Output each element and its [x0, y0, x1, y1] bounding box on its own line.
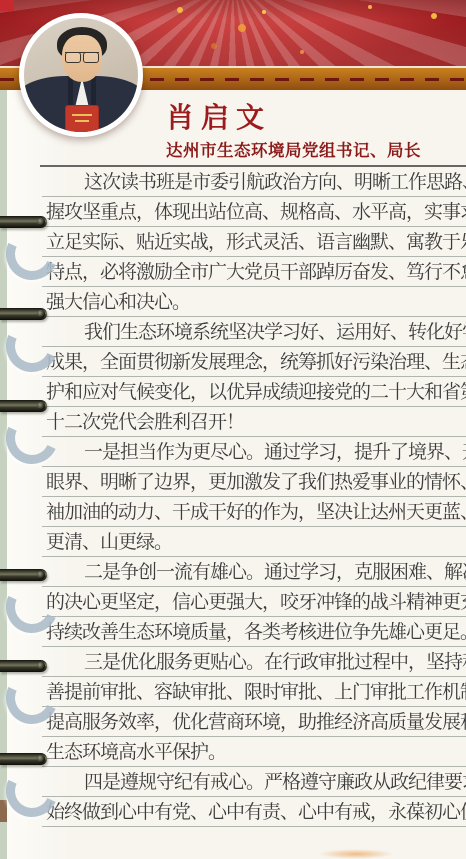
binder-ring — [0, 660, 52, 718]
portrait-photo — [19, 13, 143, 137]
handwritten-text-line: 强大信心和决心。 — [42, 287, 466, 317]
person-name: 肖启文 — [166, 96, 271, 136]
binder-ring-bar — [0, 308, 47, 320]
handwritten-text-line: 持续改善生态环境质量，各类考核进位争先雄心更足。 — [42, 617, 466, 647]
handwritten-text-line: 善提前审批、容缺审批、限时审批、上门审批工作机制， — [42, 677, 466, 707]
handwritten-text-line: 的决心更坚定，信心更强大，咬牙冲锋的战斗精神更充足， — [42, 587, 466, 617]
handwritten-text-line: 四是遵规守纪有戒心。严格遵守廉政从政纪律要求， — [42, 767, 466, 797]
binder-ring-bar — [0, 569, 47, 581]
binder-ring-bar — [0, 753, 47, 765]
corner-red-chip — [0, 0, 14, 11]
handwritten-text-line: 我们生态环境系统坚决学习好、运用好、转化好学习 — [42, 317, 466, 347]
binder-ring-bar — [0, 660, 47, 672]
handwritten-text-line: 握攻坚重点，体现出站位高、规格高、水平高，实事求是、 — [42, 197, 466, 227]
handwritten-text-line: 二是争创一流有雄心。通过学习，克服困难、解决问题 — [42, 557, 466, 587]
handwritten-text-line: 一是担当作为更尽心。通过学习，提升了境界、开阔了 — [42, 437, 466, 467]
handwritten-text-line: 更清、山更绿。 — [42, 527, 466, 557]
handwritten-text-line: 成果，全面贯彻新发展理念，统筹抓好污染治理、生态保 — [42, 347, 466, 377]
handwritten-text-line: 始终做到心中有党、心中有责、心中有戒，永葆初心使命。 — [42, 797, 466, 827]
handwritten-text-line: 十二次党代会胜利召开！ — [42, 407, 466, 437]
portrait-glasses — [65, 52, 99, 62]
header-separator-line — [40, 165, 466, 167]
handwritten-text-line: 三是优化服务更贴心。在行政审批过程中，坚持和完 — [42, 647, 466, 677]
person-title: 达州市生态环境局党组书记、局长 — [166, 137, 421, 161]
handwritten-text-line: 这次读书班是市委引航政治方向、明晰工作思路、把 — [42, 167, 466, 197]
handwritten-text-line: 袖加油的动力、干成干好的作为，坚决让达州天更蓝、水 — [42, 497, 466, 527]
binder-ring — [0, 308, 52, 366]
handwritten-text-line: 护和应对气候变化，以优异成绩迎接党的二十大和省第 — [42, 377, 466, 407]
handwritten-text-line: 特点，必将激励全市广大党员干部踔厉奋发、笃行不怠的 — [42, 257, 466, 287]
binder-ring-bar — [0, 216, 47, 228]
bottom-orange-smudge — [318, 849, 394, 859]
ruled-lines: 这次读书班是市委引航政治方向、明晰工作思路、把握攻坚重点，体现出站位高、规格高、… — [42, 167, 466, 827]
handwritten-text-line: 提高服务效率，优化营商环境，助推经济高质量发展和 — [42, 707, 466, 737]
handwritten-text-line: 生态环境高水平保护。 — [42, 737, 466, 767]
handwritten-text-line: 眼界、明晰了边界，更加激发了我们热爱事业的情怀、撸 — [42, 467, 466, 497]
binder-ring-bar — [0, 400, 47, 412]
binder-ring — [0, 216, 52, 274]
handwritten-text-line: 立足实际、贴近实战，形式灵活、语言幽默、寓教于乐的 — [42, 227, 466, 257]
binder-ring — [0, 400, 52, 458]
binder-ring — [0, 569, 52, 627]
binder-ring — [0, 753, 52, 811]
page-edge-strip — [0, 90, 7, 859]
portrait-name-badge — [66, 106, 98, 132]
